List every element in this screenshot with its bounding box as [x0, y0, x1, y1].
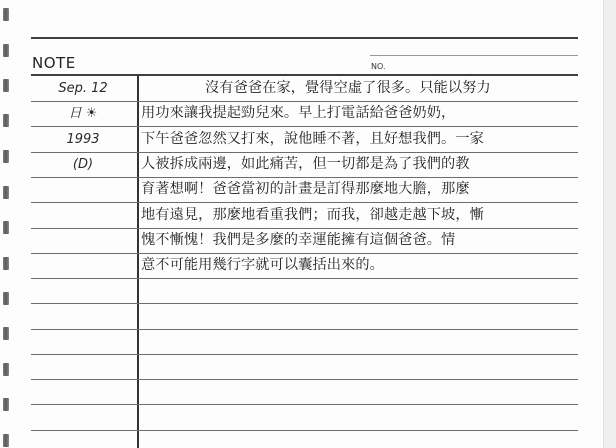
ruled-line: [31, 278, 578, 279]
binding-ring-icon: [3, 327, 9, 340]
entry-weather: 日 ☀: [30, 101, 136, 126]
binding-ring-icon: [3, 292, 9, 305]
binding-ring-icon: [3, 257, 9, 270]
entry-line: 人被拆成兩邊，如此痛苦，但一切都是為了我們的教: [141, 152, 578, 177]
entry-line: 下午爸爸忽然又打來，說他睡不著，且好想我們。一家: [141, 127, 578, 152]
entry-date: Sep. 12: [30, 76, 136, 101]
margin-divider: [137, 75, 139, 448]
entry-line: 育著想啊！爸爸當初的計畫是訂得那麼地大膽，那麼: [141, 177, 578, 202]
entry-line: 沒有爸爸在家，覺得空虛了很多。只能以努力: [141, 76, 578, 101]
notebook-page: NOTE NO. Sep. 12 日 ☀ 1993 (D) 沒有爸爸在家，覺得空…: [0, 0, 603, 448]
note-header-label: NOTE: [32, 54, 76, 72]
ruled-line: [31, 430, 578, 431]
ruled-line: [31, 329, 578, 330]
binding-ring-icon: [3, 363, 9, 376]
entry-line: 意不可能用幾行字就可以囊括出來的。: [141, 253, 578, 278]
number-label: NO.: [371, 62, 386, 71]
entry-year: 1993: [30, 127, 136, 152]
binding-ring-icon: [3, 398, 9, 411]
ruled-line: [31, 303, 578, 304]
page-edge: [603, 0, 616, 448]
binding-ring-icon: [3, 434, 9, 447]
entry-line: 用功來讓我提起勁兒來。早上打電話給爸爸奶奶，: [141, 101, 578, 126]
binding-ring-icon: [3, 8, 9, 21]
binding-ring-icon: [3, 79, 9, 92]
ruled-line: [31, 379, 578, 380]
binding-ring-icon: [3, 221, 9, 234]
number-field-top-rule: [370, 55, 578, 56]
ruled-line: [31, 354, 578, 355]
binding-ring-icon: [3, 44, 9, 57]
binding-ring-icon: [3, 150, 9, 163]
top-rule: [31, 37, 578, 39]
ruled-line: [31, 404, 578, 405]
entry-line: 愧不慚愧！我們是多麼的幸運能擁有這個爸爸。情: [141, 228, 578, 253]
entry-line: 地有遠見，那麼地看重我們；而我，卻越走越下坡，慚: [141, 203, 578, 228]
binding-ring-icon: [3, 114, 9, 127]
entry-weekday: (D): [30, 152, 136, 177]
binding-ring-icon: [3, 186, 9, 199]
